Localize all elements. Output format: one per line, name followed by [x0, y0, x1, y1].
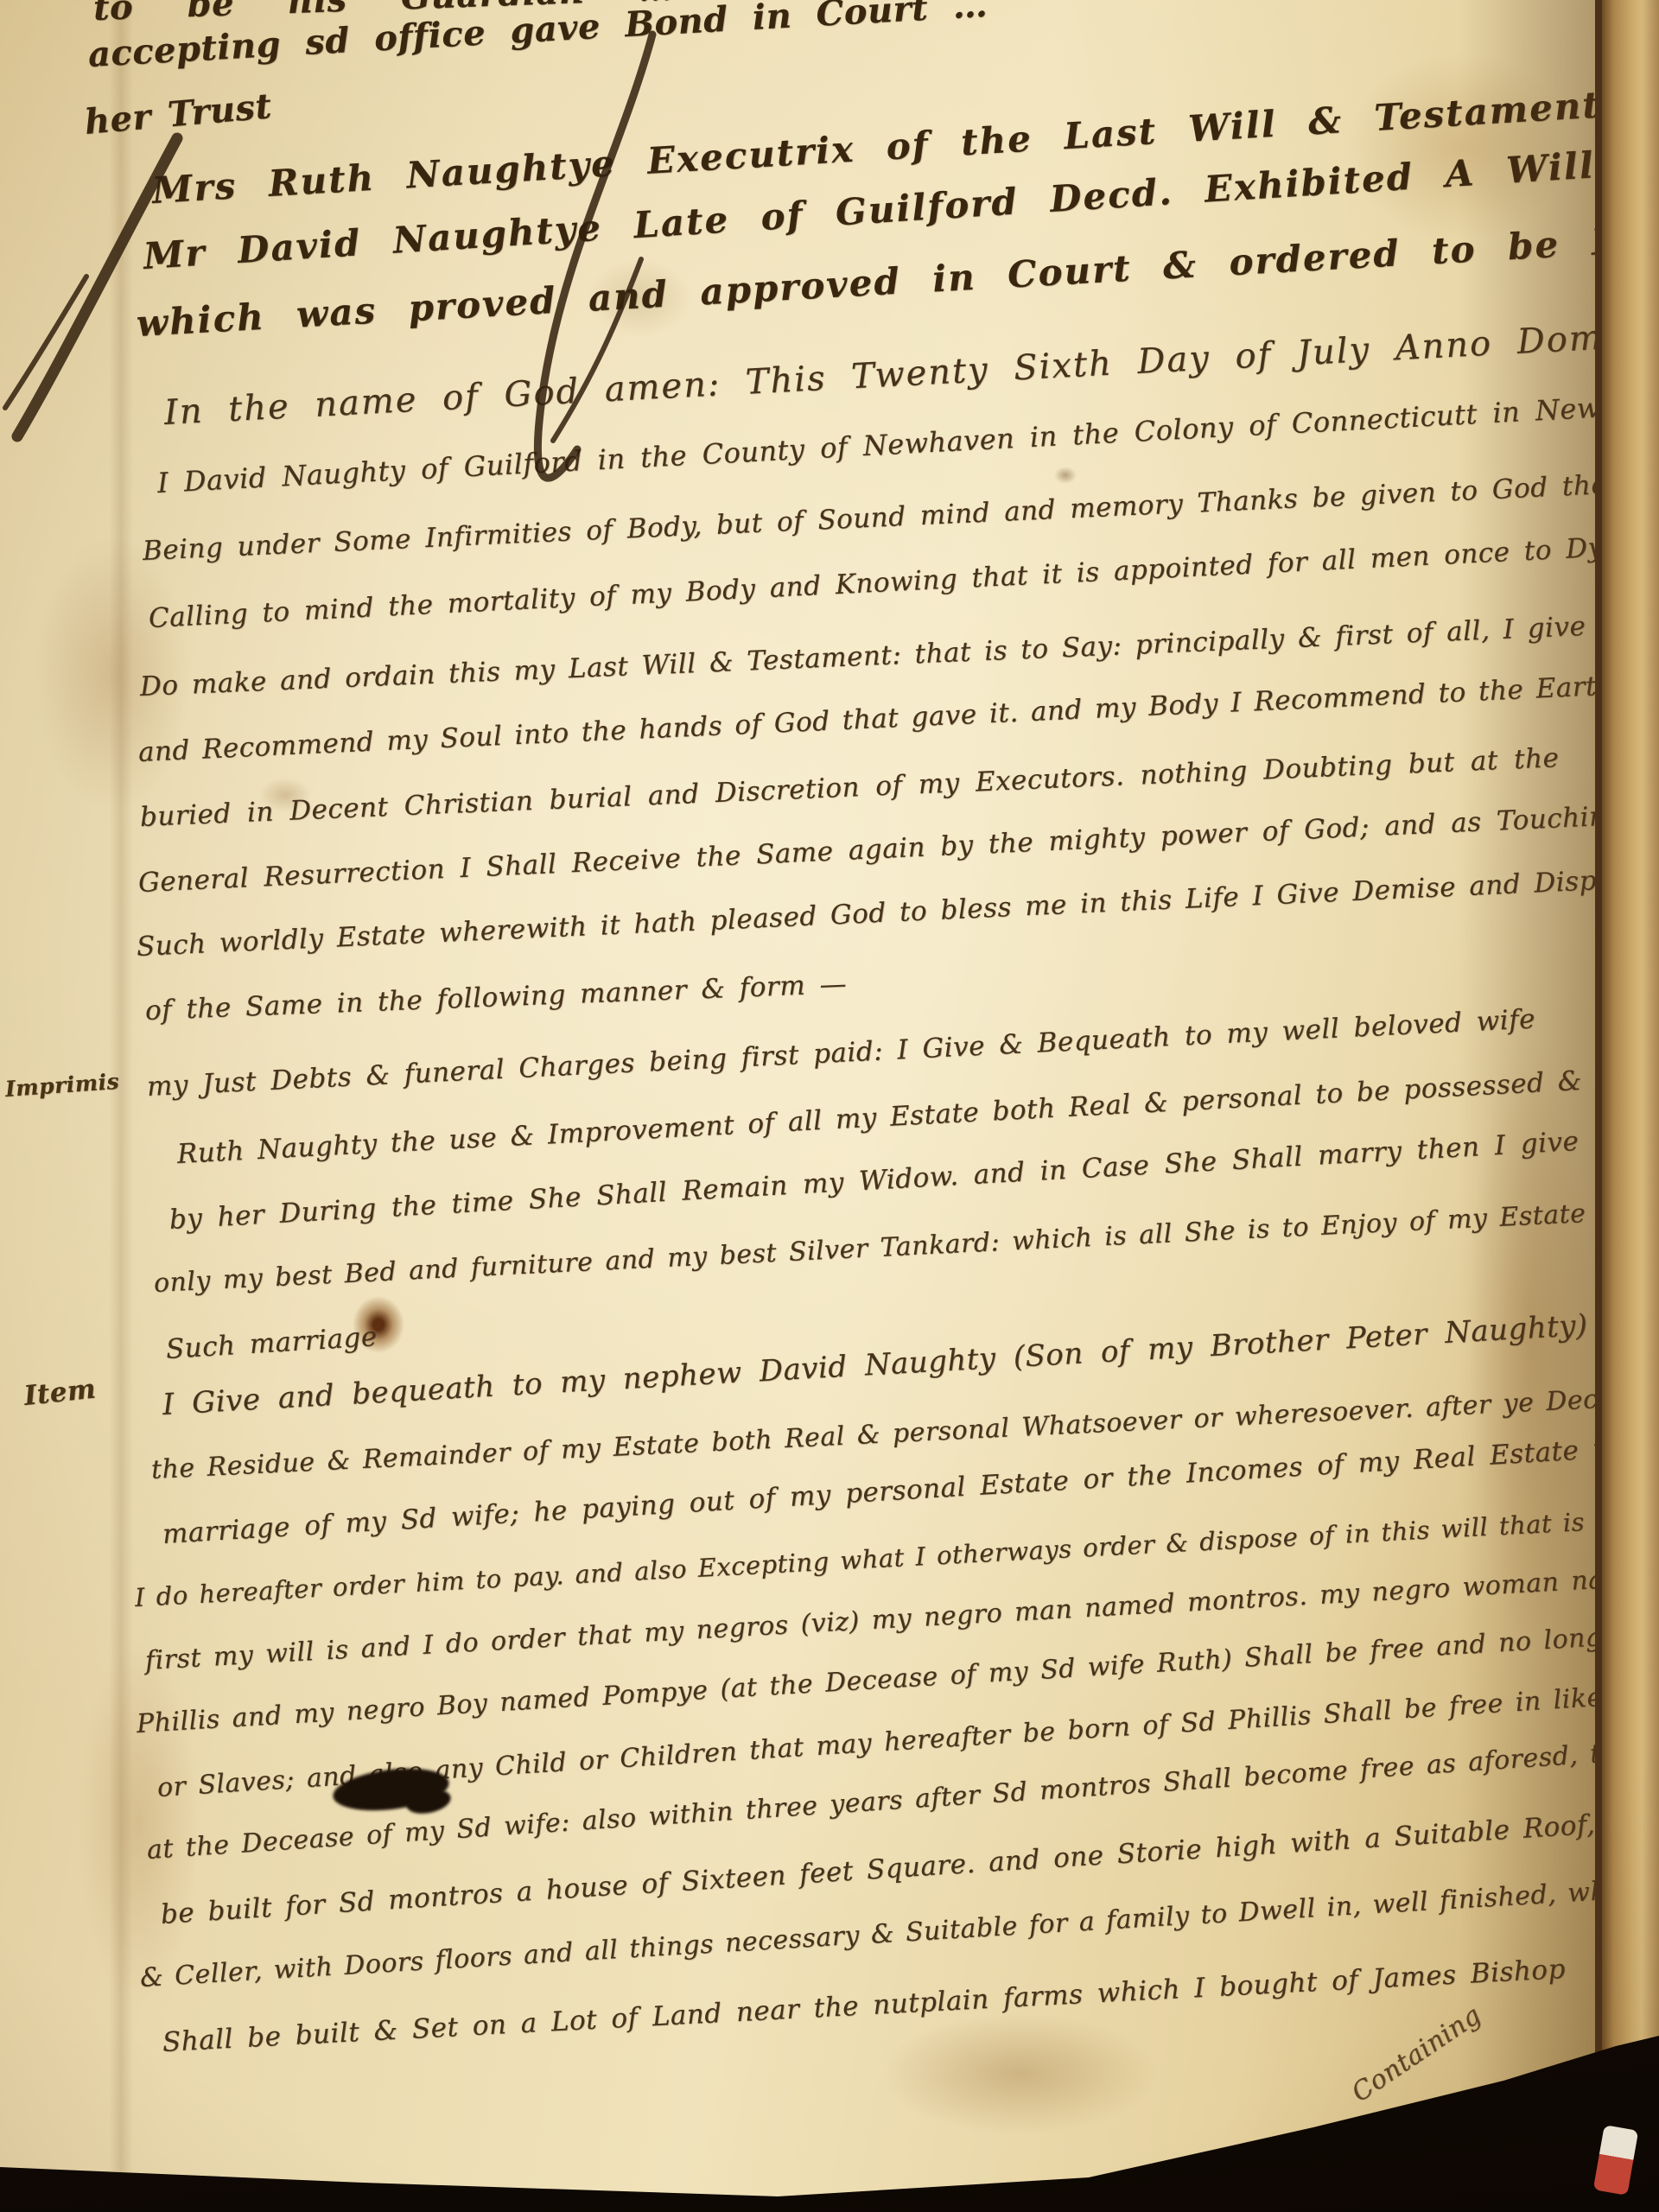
page-curvature-shadow [1459, 0, 1595, 2212]
paper-stain [1054, 467, 1077, 484]
paper-stain [78, 1642, 199, 2005]
margin-label-imprimis: Imprimis [4, 1069, 120, 1102]
imprimis-line: Such marriage [165, 1321, 378, 1365]
margin-label-item: Item [22, 1373, 98, 1412]
paper-stain [881, 2013, 1158, 2134]
book-fore-edge [1595, 0, 1659, 2212]
will-opening-line: of the Same in the following manner & fo… [144, 969, 847, 1027]
manuscript-page: to be his Guardian … in Court … Discharg… [0, 0, 1659, 2212]
page-fold-shadow [109, 0, 133, 2212]
